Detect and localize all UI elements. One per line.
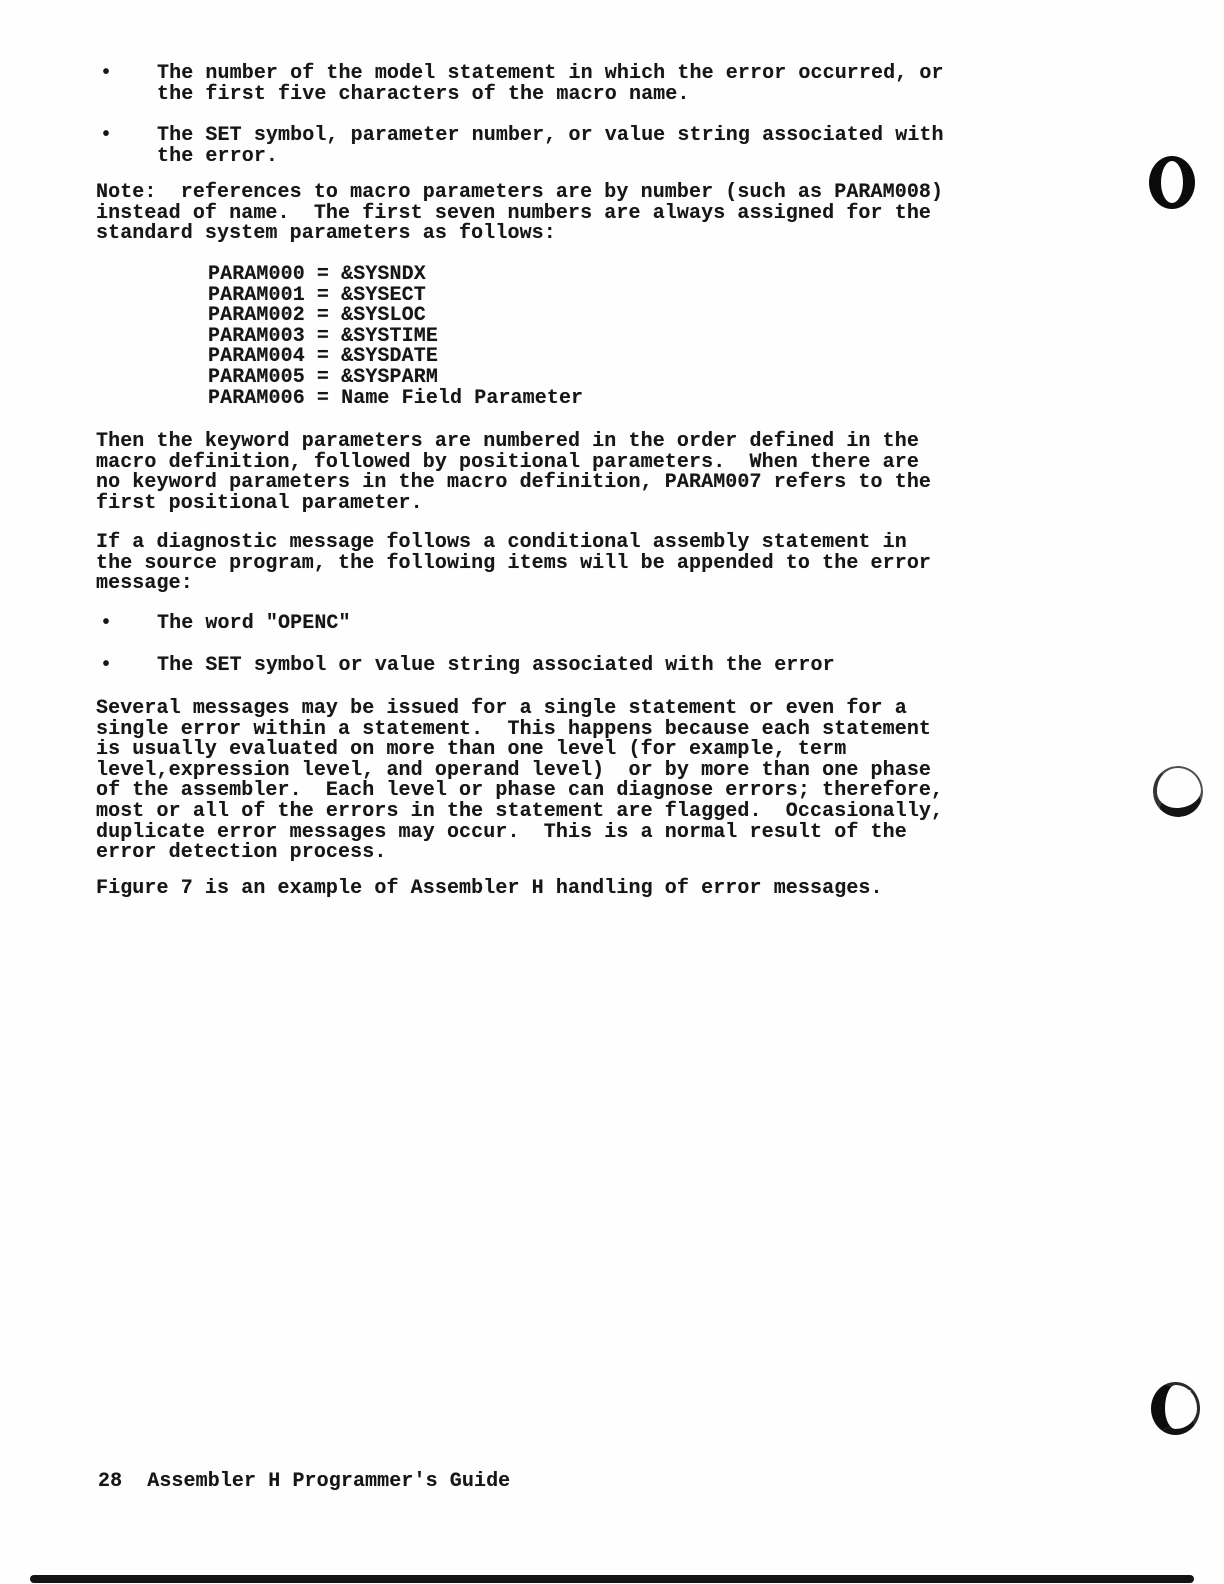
- note-paragraph: Note: references to macro parameters are…: [96, 183, 943, 245]
- book-title: Assembler H Programmer's Guide: [147, 1472, 510, 1493]
- bullet-text-set-symbol-value: The SET symbol or value string associate…: [157, 656, 835, 677]
- list-item: • The number of the model statement in w…: [100, 64, 944, 105]
- param-line: PARAM003 = &SYSTIME: [208, 327, 583, 348]
- list-item: • The word "OPENC": [100, 614, 351, 635]
- figure-reference-line: Figure 7 is an example of Assembler H ha…: [96, 879, 883, 900]
- param-line: PARAM001 = &SYSECT: [208, 286, 583, 307]
- param-line: PARAM005 = &SYSPARM: [208, 368, 583, 389]
- list-item: • The SET symbol or value string associa…: [100, 656, 835, 677]
- param-line: PARAM004 = &SYSDATE: [208, 347, 583, 368]
- several-messages-paragraph: Several messages may be issued for a sin…: [96, 699, 943, 864]
- bullet-icon: •: [100, 614, 157, 635]
- scanned-manual-page: • The number of the model statement in w…: [0, 0, 1224, 1584]
- bullet-text-set-symbol: The SET symbol, parameter number, or val…: [157, 126, 944, 167]
- binder-hole-artifact-icon: [1151, 1382, 1200, 1435]
- binder-hole-artifact-icon: [1149, 156, 1195, 209]
- bullet-icon: •: [100, 64, 157, 105]
- scan-edge-artifact: [30, 1575, 1194, 1583]
- param-line: PARAM002 = &SYSLOC: [208, 306, 583, 327]
- bullet-icon: •: [100, 656, 157, 677]
- keyword-parameters-paragraph: Then the keyword parameters are numbered…: [96, 432, 931, 514]
- bullet-text-openc: The word "OPENC": [157, 614, 351, 635]
- param-line: PARAM000 = &SYSNDX: [208, 265, 583, 286]
- bullet-text-model-statement: The number of the model statement in whi…: [157, 64, 944, 105]
- param-line: PARAM006 = Name Field Parameter: [208, 389, 583, 410]
- list-item: • The SET symbol, parameter number, or v…: [100, 126, 944, 167]
- page-footer: 28 Assembler H Programmer's Guide: [98, 1472, 510, 1493]
- parameter-assignment-list: PARAM000 = &SYSNDX PARAM001 = &SYSECT PA…: [208, 265, 583, 409]
- diagnostic-message-paragraph: If a diagnostic message follows a condit…: [96, 533, 931, 595]
- binder-hole-artifact-icon: [1150, 764, 1205, 820]
- bullet-icon: •: [100, 126, 157, 167]
- page-number: 28: [98, 1472, 122, 1493]
